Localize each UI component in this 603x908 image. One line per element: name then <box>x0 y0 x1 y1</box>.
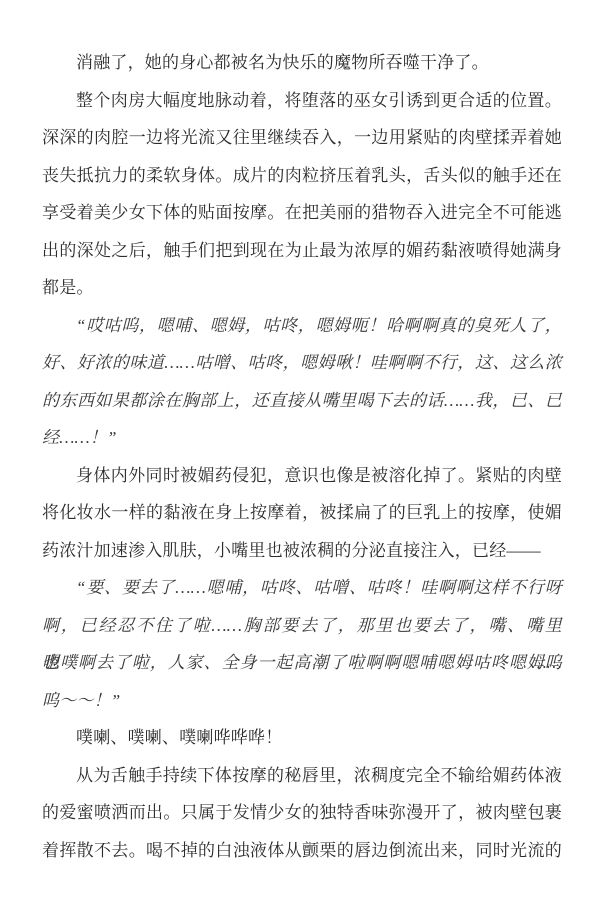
text-line: 药浓汁加速渗入肌肤，小嘴里也被浓稠的分泌直接注入，已经—— <box>42 532 562 570</box>
text-line: 着挥散不去。喝不掉的白浊液体从颤栗的唇边倒流出来，同时光流的 <box>42 832 562 870</box>
text-line: 啊，已经忍不住了啦……胸部要去了，那里也要去了，嘴、嘴里也…… <box>42 607 562 645</box>
text-line: 呜～～！” <box>42 682 562 720</box>
text-line: 噗喇、噗喇、噗喇哗哗哗！ <box>42 719 562 757</box>
text-line: “哎咕呜，嗯哺、嗯姆，咕咚，嗯姆呃！哈啊啊真的臭死人了， <box>42 307 562 345</box>
text-line: “要、要去了……嗯哺，咕咚、咕噌、咕咚！哇啊啊这样不行呀 <box>42 569 562 607</box>
document-page: 消融了，她的身心都被名为快乐的魔物所吞噬干净了。 整个肉房大幅度地脉动着，将堕落… <box>0 0 603 908</box>
text-line: 经……！” <box>42 419 562 457</box>
text-line: 消融了，她的身心都被名为快乐的魔物所吞噬干净了。 <box>42 44 562 82</box>
text-line: 的爱蜜喷洒而出。只属于发情少女的独特香味弥漫开了，被肉壁包裹 <box>42 794 562 832</box>
text-line: 都是。 <box>42 269 562 307</box>
text-line: 好、好浓的味道……咕噌、咕咚，嗯姆啾！哇啊啊不行，这、这么浓 <box>42 344 562 382</box>
text-line: 整个肉房大幅度地脉动着，将堕落的巫女引诱到更合适的位置。 <box>42 82 562 120</box>
text-line: 身体内外同时被媚药侵犯，意识也像是被溶化掉了。紧贴的肉壁 <box>42 457 562 495</box>
text-line: 丧失抵抗力的柔软身体。成片的肉粒挤压着乳头，舌头似的触手还在 <box>42 157 562 195</box>
text-line: 从为舌触手持续下体按摩的秘唇里，浓稠度完全不输给媚药体液 <box>42 757 562 795</box>
text-line: 出的深处之后，触手们把到现在为止最为浓厚的媚药黏液喷得她满身 <box>42 232 562 270</box>
text-line: 嗯噗啊去了啦，人家、全身一起高潮了啦啊啊嗯哺嗯姆咕咚嗯姆呜 <box>42 644 562 682</box>
text-line: 享受着美少女下体的贴面按摩。在把美丽的猎物吞入进完全不可能逃 <box>42 194 562 232</box>
text-content: 消融了，她的身心都被名为快乐的魔物所吞噬干净了。 整个肉房大幅度地脉动着，将堕落… <box>42 44 562 869</box>
text-line: 将化妆水一样的黏液在身上按摩着，被揉扁了的巨乳上的按摩，使媚 <box>42 494 562 532</box>
text-line: 的东西如果都涂在胸部上，还直接从嘴里喝下去的话……我，已、已 <box>42 382 562 420</box>
text-line: 深深的肉腔一边将光流又往里继续吞入，一边用紧贴的肉壁揉弄着她 <box>42 119 562 157</box>
